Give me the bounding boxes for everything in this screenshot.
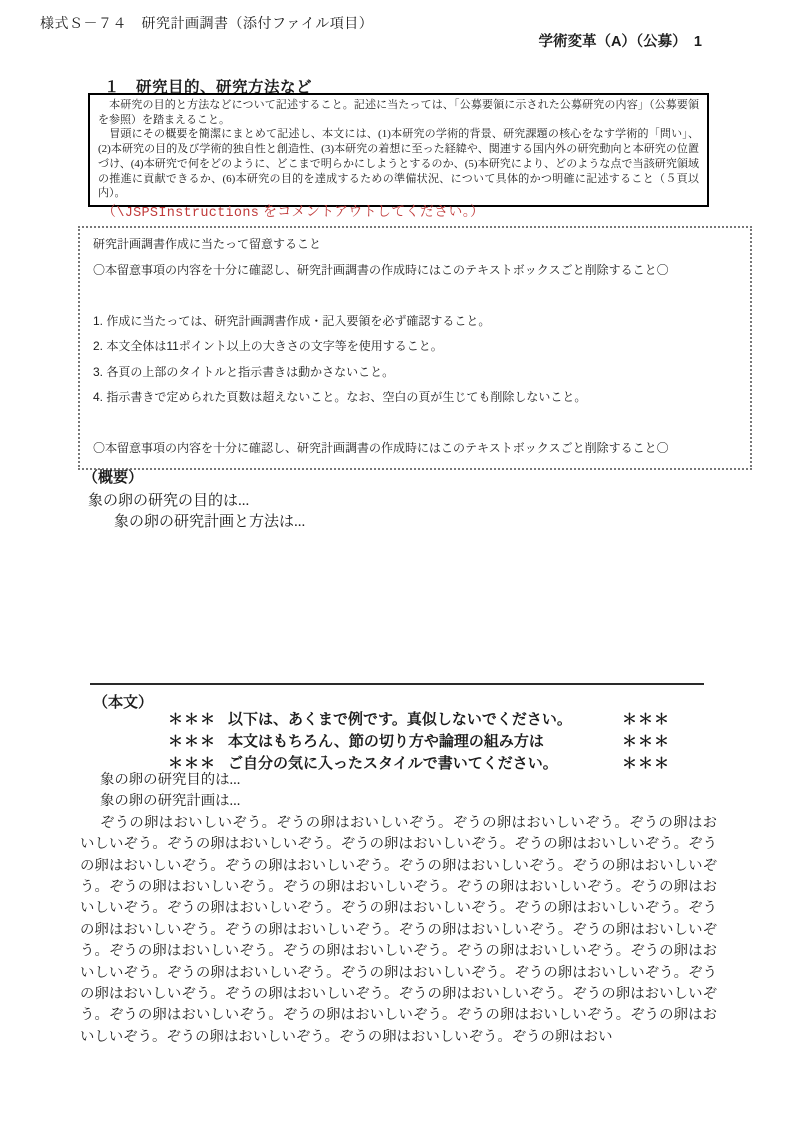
- instruction-box: 本研究の目的と方法などについて記述すること。記述に当たっては、「公募要領に示され…: [88, 93, 709, 207]
- notes-textbox: 研究計画調書作成に当たって留意すること 〇本留意事項の内容を十分に確認し、研究計…: [78, 226, 752, 470]
- notes-warning-top: 〇本留意事項の内容を十分に確認し、研究計画調書の作成時にはこのテキストボックスご…: [93, 258, 737, 284]
- document-page: 様式Ｓ－７４ 研究計画調書（添付ファイル項目） 学術変革（A）（公募） 1 １ …: [0, 0, 794, 1123]
- notes-spacer: [93, 411, 737, 437]
- notes-title: 研究計画調書作成に当たって留意すること: [93, 232, 737, 258]
- comment-out-note: （\JSPSInstructions をコメントアウトしてください。）: [102, 201, 484, 221]
- program-page-label: 学術変革（A）（公募） 1: [538, 30, 702, 51]
- notes-item-4: 4. 指示書きで定められた頁数は超えないこと。なお、空白の頁が生じても削除しない…: [93, 385, 737, 411]
- summary-heading: （概要）: [83, 466, 143, 487]
- notes-item-1: 1. 作成に当たっては、研究計画調書作成・記入要領を必ず確認すること。: [93, 309, 737, 335]
- disclaimer-text: 以下は、あくまで例です。真似しないでください。: [228, 708, 622, 729]
- stars-left: ＊＊＊: [168, 730, 216, 751]
- disclaimer-row: ＊＊＊ 以下は、あくまで例です。真似しないでください。 ＊＊＊: [168, 707, 670, 729]
- notes-warning-bottom: 〇本留意事項の内容を十分に確認し、研究計画調書の作成時にはこのテキストボックスご…: [93, 436, 737, 462]
- notes-item-2: 2. 本文全体は11ポイント以上の大きさの文字等を使用すること。: [93, 334, 737, 360]
- body-intro-line-2: 象の卵の研究計画は...: [80, 791, 717, 812]
- section-divider-line: [90, 683, 704, 685]
- disclaimer-row: ＊＊＊ 本文はもちろん、節の切り方や論理の組み方は ＊＊＊: [168, 729, 670, 751]
- notes-spacer: [93, 283, 737, 309]
- instruction-paragraph-1: 本研究の目的と方法などについて記述すること。記述に当たっては、「公募要領に示され…: [98, 98, 699, 127]
- stars-left: ＊＊＊: [168, 708, 216, 729]
- form-number-label: 様式Ｓ－７４ 研究計画調書（添付ファイル項目）: [40, 13, 373, 33]
- stars-right: ＊＊＊: [622, 708, 670, 729]
- stars-right: ＊＊＊: [622, 730, 670, 751]
- comment-note-rest: をコメントアウトしてください。）: [259, 205, 484, 220]
- instruction-paragraph-2: 冒頭にその概要を簡潔にまとめて記述し、本文には、(1)本研究の学術的背景、研究課…: [98, 127, 699, 201]
- body-intro-line-1: 象の卵の研究目的は...: [80, 770, 717, 791]
- body-paragraph: ぞうの卵はおいしいぞう。ぞうの卵はおいしいぞう。ぞうの卵はおいしいぞう。ぞうの卵…: [80, 813, 717, 1048]
- comment-note-open: （: [102, 205, 116, 220]
- summary-line-1: 象の卵の研究の目的は...: [88, 489, 249, 510]
- example-disclaimer-block: ＊＊＊ 以下は、あくまで例です。真似しないでください。 ＊＊＊ ＊＊＊ 本文はも…: [168, 707, 670, 773]
- body-text-block: 象の卵の研究目的は... 象の卵の研究計画は... ぞうの卵はおいしいぞう。ぞう…: [80, 770, 717, 1048]
- disclaimer-text: 本文はもちろん、節の切り方や論理の組み方は: [228, 730, 622, 751]
- summary-line-2: 象の卵の研究計画と方法は...: [114, 510, 305, 531]
- comment-note-command: \JSPSInstructions: [116, 206, 259, 221]
- body-heading: （本文）: [93, 691, 153, 712]
- notes-item-3: 3. 各頁の上部のタイトルと指示書きは動かさないこと。: [93, 360, 737, 386]
